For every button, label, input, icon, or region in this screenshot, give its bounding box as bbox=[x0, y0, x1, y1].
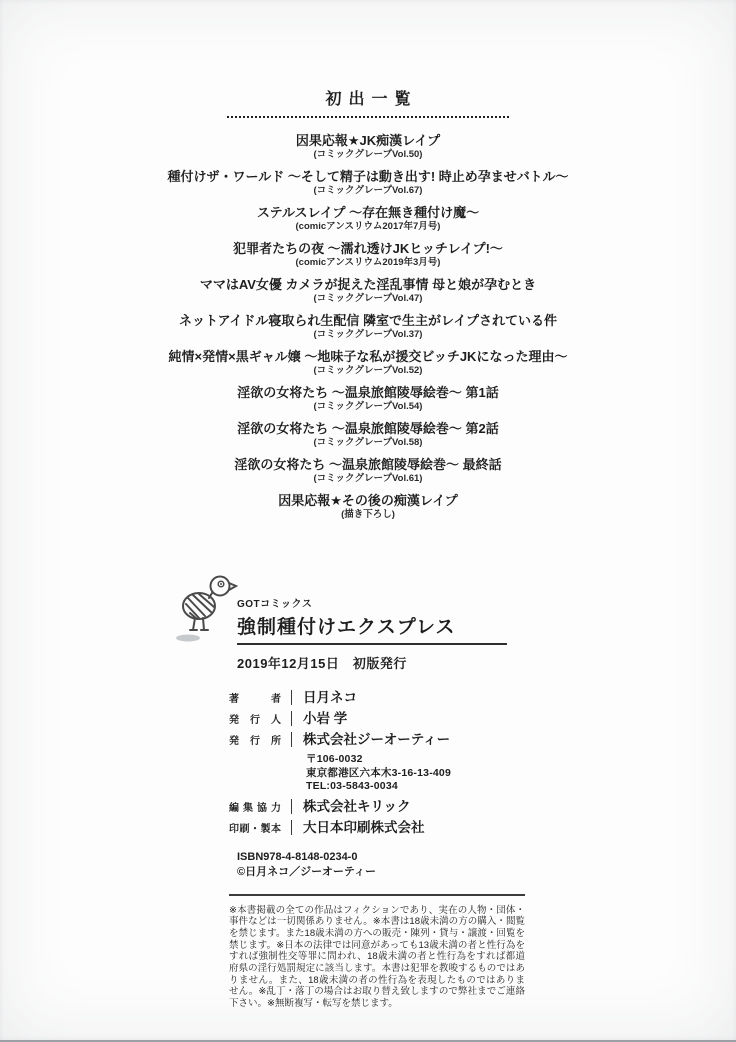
publisher-table: 著者 日月ネコ 発行人 小岩 学 発行所 株式会社ジーオーティー 〒106-00… bbox=[229, 690, 525, 835]
work-item: 純情×発情×黒ギャル嬢 ～地味子な私が援交ビッチJKになった理由～ (コミックグ… bbox=[0, 348, 736, 377]
phone-number: TEL:03-5843-0034 bbox=[306, 780, 525, 794]
work-item: 淫欲の女将たち ～温泉旅館陵辱絵巻～ 第1話 (コミックグレープVol.54) bbox=[0, 384, 736, 413]
row-value: 小岩 学 bbox=[291, 711, 347, 726]
row-label: 印刷・製本 bbox=[229, 820, 281, 835]
publisher-address: 〒106-0032 東京都港区六本木3-16-13-409 TEL:03-584… bbox=[306, 753, 525, 794]
work-item: 犯罪者たちの夜 ～濡れ透けJKヒッチレイプ!～ (comicアンスリウム2019… bbox=[0, 240, 736, 269]
work-title: ママはAV女優 カメラが捉えた淫乱事情 母と娘が孕むとき bbox=[0, 276, 736, 293]
work-credit: (comicアンスリウム2019年3月号) bbox=[0, 257, 736, 269]
disclaimer-text: ※本書掲載の全ての作品はフィクションであり、実在の人物・団体・事件などは一切関係… bbox=[229, 905, 525, 1010]
isbn-block: ISBN978-4-8148-0234-0 ©日月ネコ／ジーオーティー bbox=[237, 850, 525, 881]
book-title: 強制種付けエクスプレス bbox=[237, 612, 525, 639]
work-title: ステルスレイプ ～存在無き種付け魔～ bbox=[0, 204, 736, 221]
publisher-row-issuer: 発行人 小岩 学 bbox=[229, 711, 525, 726]
dotted-divider bbox=[227, 116, 509, 118]
first-publication-section: 初出一覧 因果応報★JK痴漢レイプ (コミックグレープVol.50) 種付けザ・… bbox=[0, 0, 736, 521]
publisher-row-publisher: 発行所 株式会社ジーオーティー bbox=[229, 732, 525, 747]
edition-date: 2019年12月15日 初版発行 bbox=[237, 645, 525, 672]
colophon-section: GOTコミックス 強制種付けエクスプレス 2019年12月15日 初版発行 著者… bbox=[229, 595, 525, 1010]
colophon-header: GOTコミックス 強制種付けエクスプレス 2019年12月15日 初版発行 bbox=[237, 595, 525, 672]
publisher-row-editing: 編集協力 株式会社キリック bbox=[229, 799, 525, 814]
work-credit: (コミックグレープVol.50) bbox=[0, 149, 736, 161]
work-item: ママはAV女優 カメラが捉えた淫乱事情 母と娘が孕むとき (コミックグレープVo… bbox=[0, 276, 736, 305]
work-credit: (描き下ろし) bbox=[0, 509, 736, 521]
street-address: 東京都港区六本木3-16-13-409 bbox=[306, 767, 525, 781]
colophon-page: 初出一覧 因果応報★JK痴漢レイプ (コミックグレープVol.50) 種付けザ・… bbox=[0, 0, 736, 1042]
work-item: ネットアイドル寝取られ生配信 隣室で生主がレイプされている件 (コミックグレープ… bbox=[0, 312, 736, 341]
row-value: 株式会社ジーオーティー bbox=[291, 732, 450, 747]
work-title: 淫欲の女将たち ～温泉旅館陵辱絵巻～ 最終話 bbox=[0, 456, 736, 473]
publisher-row-printing: 印刷・製本 大日本印刷株式会社 bbox=[229, 820, 525, 835]
work-item: 淫欲の女将たち ～温泉旅館陵辱絵巻～ 最終話 (コミックグレープVol.61) bbox=[0, 456, 736, 485]
work-title: 因果応報★その後の痴漢レイプ bbox=[0, 492, 736, 509]
work-credit: (comicアンスリウム2017年7月号) bbox=[0, 221, 736, 233]
work-credit: (コミックグレープVol.54) bbox=[0, 401, 736, 413]
imprint-label: GOTコミックス bbox=[237, 595, 525, 610]
work-credit: (コミックグレープVol.47) bbox=[0, 293, 736, 305]
work-title: 因果応報★JK痴漢レイプ bbox=[0, 132, 736, 149]
publisher-bird-logo-icon bbox=[175, 571, 239, 645]
row-label: 著者 bbox=[229, 690, 281, 705]
row-value: 日月ネコ bbox=[291, 690, 357, 705]
section-heading: 初出一覧 bbox=[0, 86, 736, 109]
isbn: ISBN978-4-8148-0234-0 bbox=[237, 850, 525, 866]
publisher-row-author: 著者 日月ネコ bbox=[229, 690, 525, 705]
work-credit: (コミックグレープVol.37) bbox=[0, 329, 736, 341]
work-item: ステルスレイプ ～存在無き種付け魔～ (comicアンスリウム2017年7月号) bbox=[0, 204, 736, 233]
postal-code: 〒106-0032 bbox=[306, 753, 525, 767]
work-credit: (コミックグレープVol.67) bbox=[0, 185, 736, 197]
work-title: 種付けザ・ワールド ～そして精子は動き出す! 時止め孕ませバトル～ bbox=[0, 168, 736, 185]
work-credit: (コミックグレープVol.58) bbox=[0, 437, 736, 449]
work-credit: (コミックグレープVol.61) bbox=[0, 473, 736, 485]
row-label: 発行所 bbox=[229, 732, 281, 747]
work-item: 因果応報★その後の痴漢レイプ (描き下ろし) bbox=[0, 492, 736, 521]
work-item: 淫欲の女将たち ～温泉旅館陵辱絵巻～ 第2話 (コミックグレープVol.58) bbox=[0, 420, 736, 449]
row-label: 発行人 bbox=[229, 711, 281, 726]
work-title: 犯罪者たちの夜 ～濡れ透けJKヒッチレイプ!～ bbox=[0, 240, 736, 257]
row-value: 株式会社キリック bbox=[291, 799, 410, 814]
disclaimer-divider bbox=[229, 894, 525, 896]
copyright: ©日月ネコ／ジーオーティー bbox=[237, 865, 525, 881]
work-item: 因果応報★JK痴漢レイプ (コミックグレープVol.50) bbox=[0, 132, 736, 161]
row-value: 大日本印刷株式会社 bbox=[291, 820, 425, 835]
work-item: 種付けザ・ワールド ～そして精子は動き出す! 時止め孕ませバトル～ (コミックグ… bbox=[0, 168, 736, 197]
work-title: 純情×発情×黒ギャル嬢 ～地味子な私が援交ビッチJKになった理由～ bbox=[0, 348, 736, 365]
work-title: ネットアイドル寝取られ生配信 隣室で生主がレイプされている件 bbox=[0, 312, 736, 329]
row-label: 編集協力 bbox=[229, 799, 281, 814]
work-title: 淫欲の女将たち ～温泉旅館陵辱絵巻～ 第2話 bbox=[0, 420, 736, 437]
work-list: 因果応報★JK痴漢レイプ (コミックグレープVol.50) 種付けザ・ワールド … bbox=[0, 132, 736, 521]
work-title: 淫欲の女将たち ～温泉旅館陵辱絵巻～ 第1話 bbox=[0, 384, 736, 401]
work-credit: (コミックグレープVol.52) bbox=[0, 365, 736, 377]
